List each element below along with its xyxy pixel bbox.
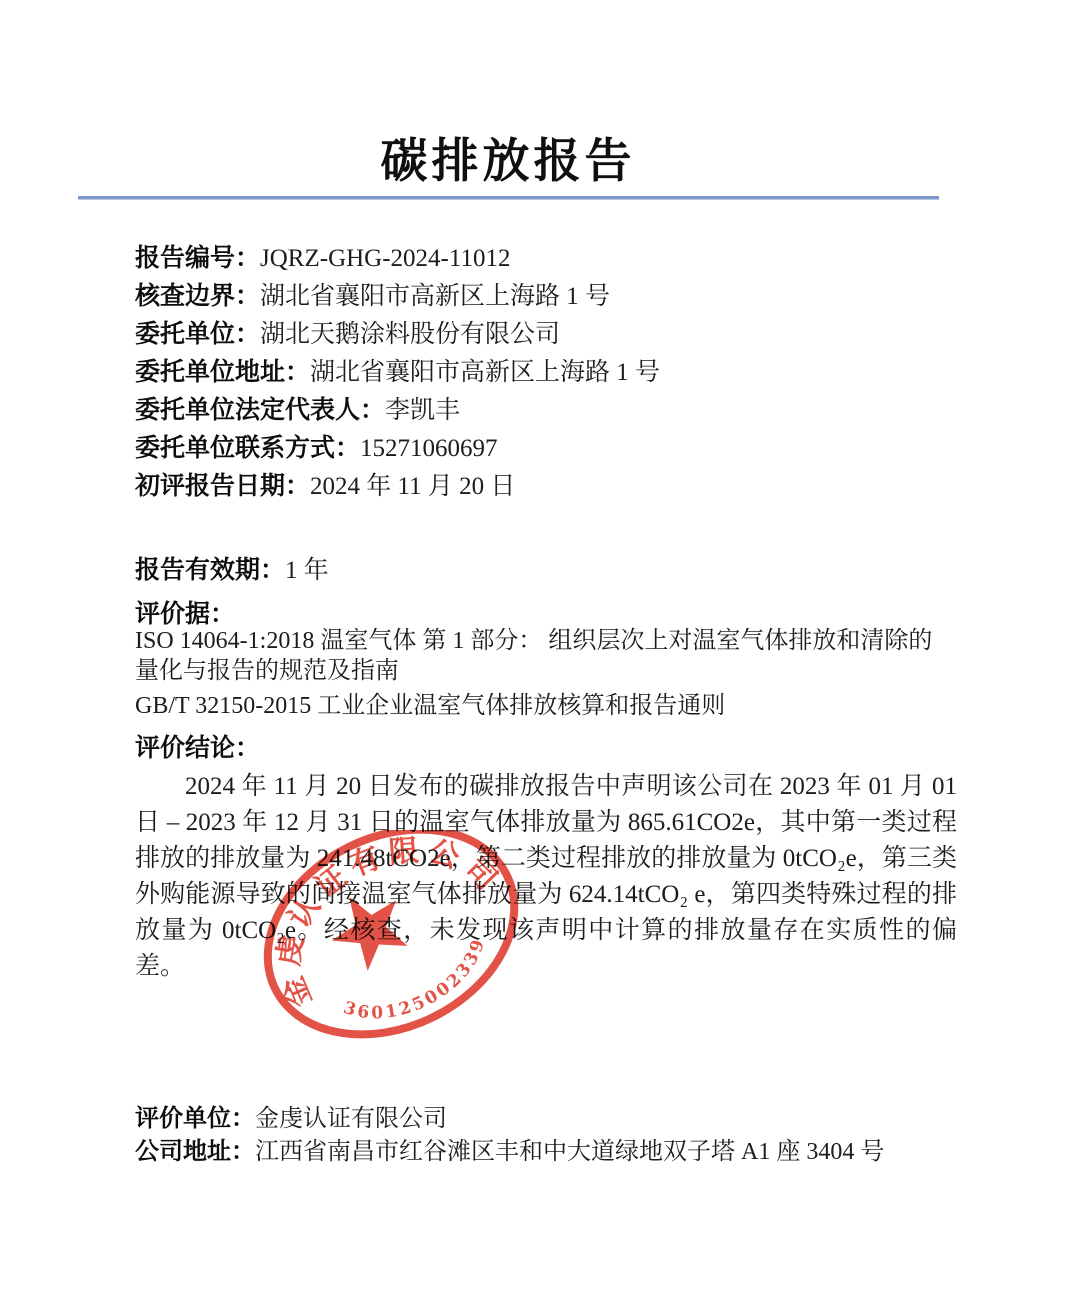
field-value: 湖北天鹅涂料股份有限公司 — [260, 321, 560, 348]
title-divider — [78, 196, 939, 200]
field-label: 报告有效期： — [135, 557, 285, 584]
field-verification-boundary: 核查边界：湖北省襄阳市高新区上海路 1 号 — [135, 276, 957, 314]
field-client: 委托单位：湖北天鹅涂料股份有限公司 — [135, 314, 957, 352]
field-client-address: 委托单位地址：湖北省襄阳市高新区上海路 1 号 — [135, 352, 957, 390]
field-validity: 报告有效期：1 年 — [135, 550, 329, 586]
field-contact: 委托单位联系方式：15271060697 — [135, 428, 957, 466]
field-value: JQRZ-GHG-2024-11012 — [260, 245, 510, 272]
conclusion-label: 评价结论： — [135, 728, 260, 764]
basis-gbt-line: GB/T 32150-2015 工业企业温室气体排放核算和报告通则 — [135, 691, 957, 722]
report-fields: 报告编号：JQRZ-GHG-2024-11012 核查边界：湖北省襄阳市高新区上… — [135, 238, 957, 504]
field-label: 委托单位法定代表人： — [135, 397, 385, 424]
field-label: 委托单位： — [135, 321, 260, 348]
field-label: 初评报告日期： — [135, 473, 310, 500]
basis-iso-line1: ISO 14064-1:2018 温室气体 第 1 部分： 组织层次上对温室气体… — [135, 626, 957, 657]
field-value: 李凯丰 — [385, 397, 460, 424]
field-value: 湖北省襄阳市高新区上海路 1 号 — [310, 359, 660, 386]
page-title: 碳排放报告 — [78, 124, 938, 191]
field-label: 核查边界： — [135, 283, 260, 310]
field-label: 报告编号： — [135, 245, 260, 272]
field-label: 评价单位： — [135, 1106, 255, 1132]
basis-iso-line2: 量化与报告的规范及指南 — [135, 656, 957, 687]
field-value: 2024 年 11 月 20 日 — [310, 473, 515, 500]
field-legal-representative: 委托单位法定代表人：李凯丰 — [135, 390, 957, 428]
conclusion-paragraph: 2024 年 11 月 20 日发布的碳排放报告中声明该公司在 2023 年 0… — [135, 769, 957, 985]
field-value: 湖北省襄阳市高新区上海路 1 号 — [260, 283, 610, 310]
evaluation-basis-label: 评价据： — [135, 594, 235, 630]
footer-evaluator: 评价单位：金虔认证有限公司 — [135, 1098, 884, 1131]
footer-company-address: 公司地址：江西省南昌市红谷滩区丰和中大道绿地双子塔 A1 座 3404 号 — [135, 1131, 884, 1164]
field-label: 委托单位联系方式： — [135, 435, 360, 462]
field-value: 江西省南昌市红谷滩区丰和中大道绿地双子塔 A1 座 3404 号 — [255, 1139, 884, 1165]
field-label: 委托单位地址： — [135, 359, 310, 386]
field-report-number: 报告编号：JQRZ-GHG-2024-11012 — [135, 238, 957, 276]
field-value: 1 年 — [285, 557, 329, 584]
field-value: 金虔认证有限公司 — [255, 1106, 447, 1132]
field-value: 15271060697 — [360, 435, 498, 462]
footer-block: 评价单位：金虔认证有限公司 公司地址：江西省南昌市红谷滩区丰和中大道绿地双子塔 … — [135, 1098, 884, 1164]
field-initial-report-date: 初评报告日期：2024 年 11 月 20 日 — [135, 466, 957, 504]
field-label: 公司地址： — [135, 1139, 255, 1165]
